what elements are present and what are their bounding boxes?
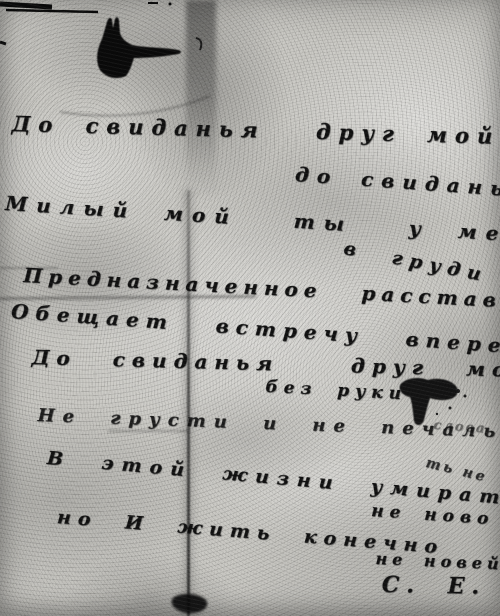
ink-smudge-dot (456, 389, 460, 393)
ink-blot (97, 17, 181, 78)
ink-smudge-dot (464, 395, 467, 398)
ink-smudge-dot (436, 413, 438, 415)
photo-edge-mark (169, 3, 172, 6)
ink-smudge-dot (449, 407, 452, 410)
photo-edge-mark (6, 10, 98, 12)
photo-edge-mark (0, 4, 52, 7)
vertical-fold-line (187, 190, 190, 616)
photo-edge-mark (0, 42, 6, 44)
pen-mark (196, 38, 201, 50)
signature: С. Е. (382, 572, 487, 600)
letter-photograph: До свиданья друг мой до свиданья Милый м… (0, 0, 500, 616)
